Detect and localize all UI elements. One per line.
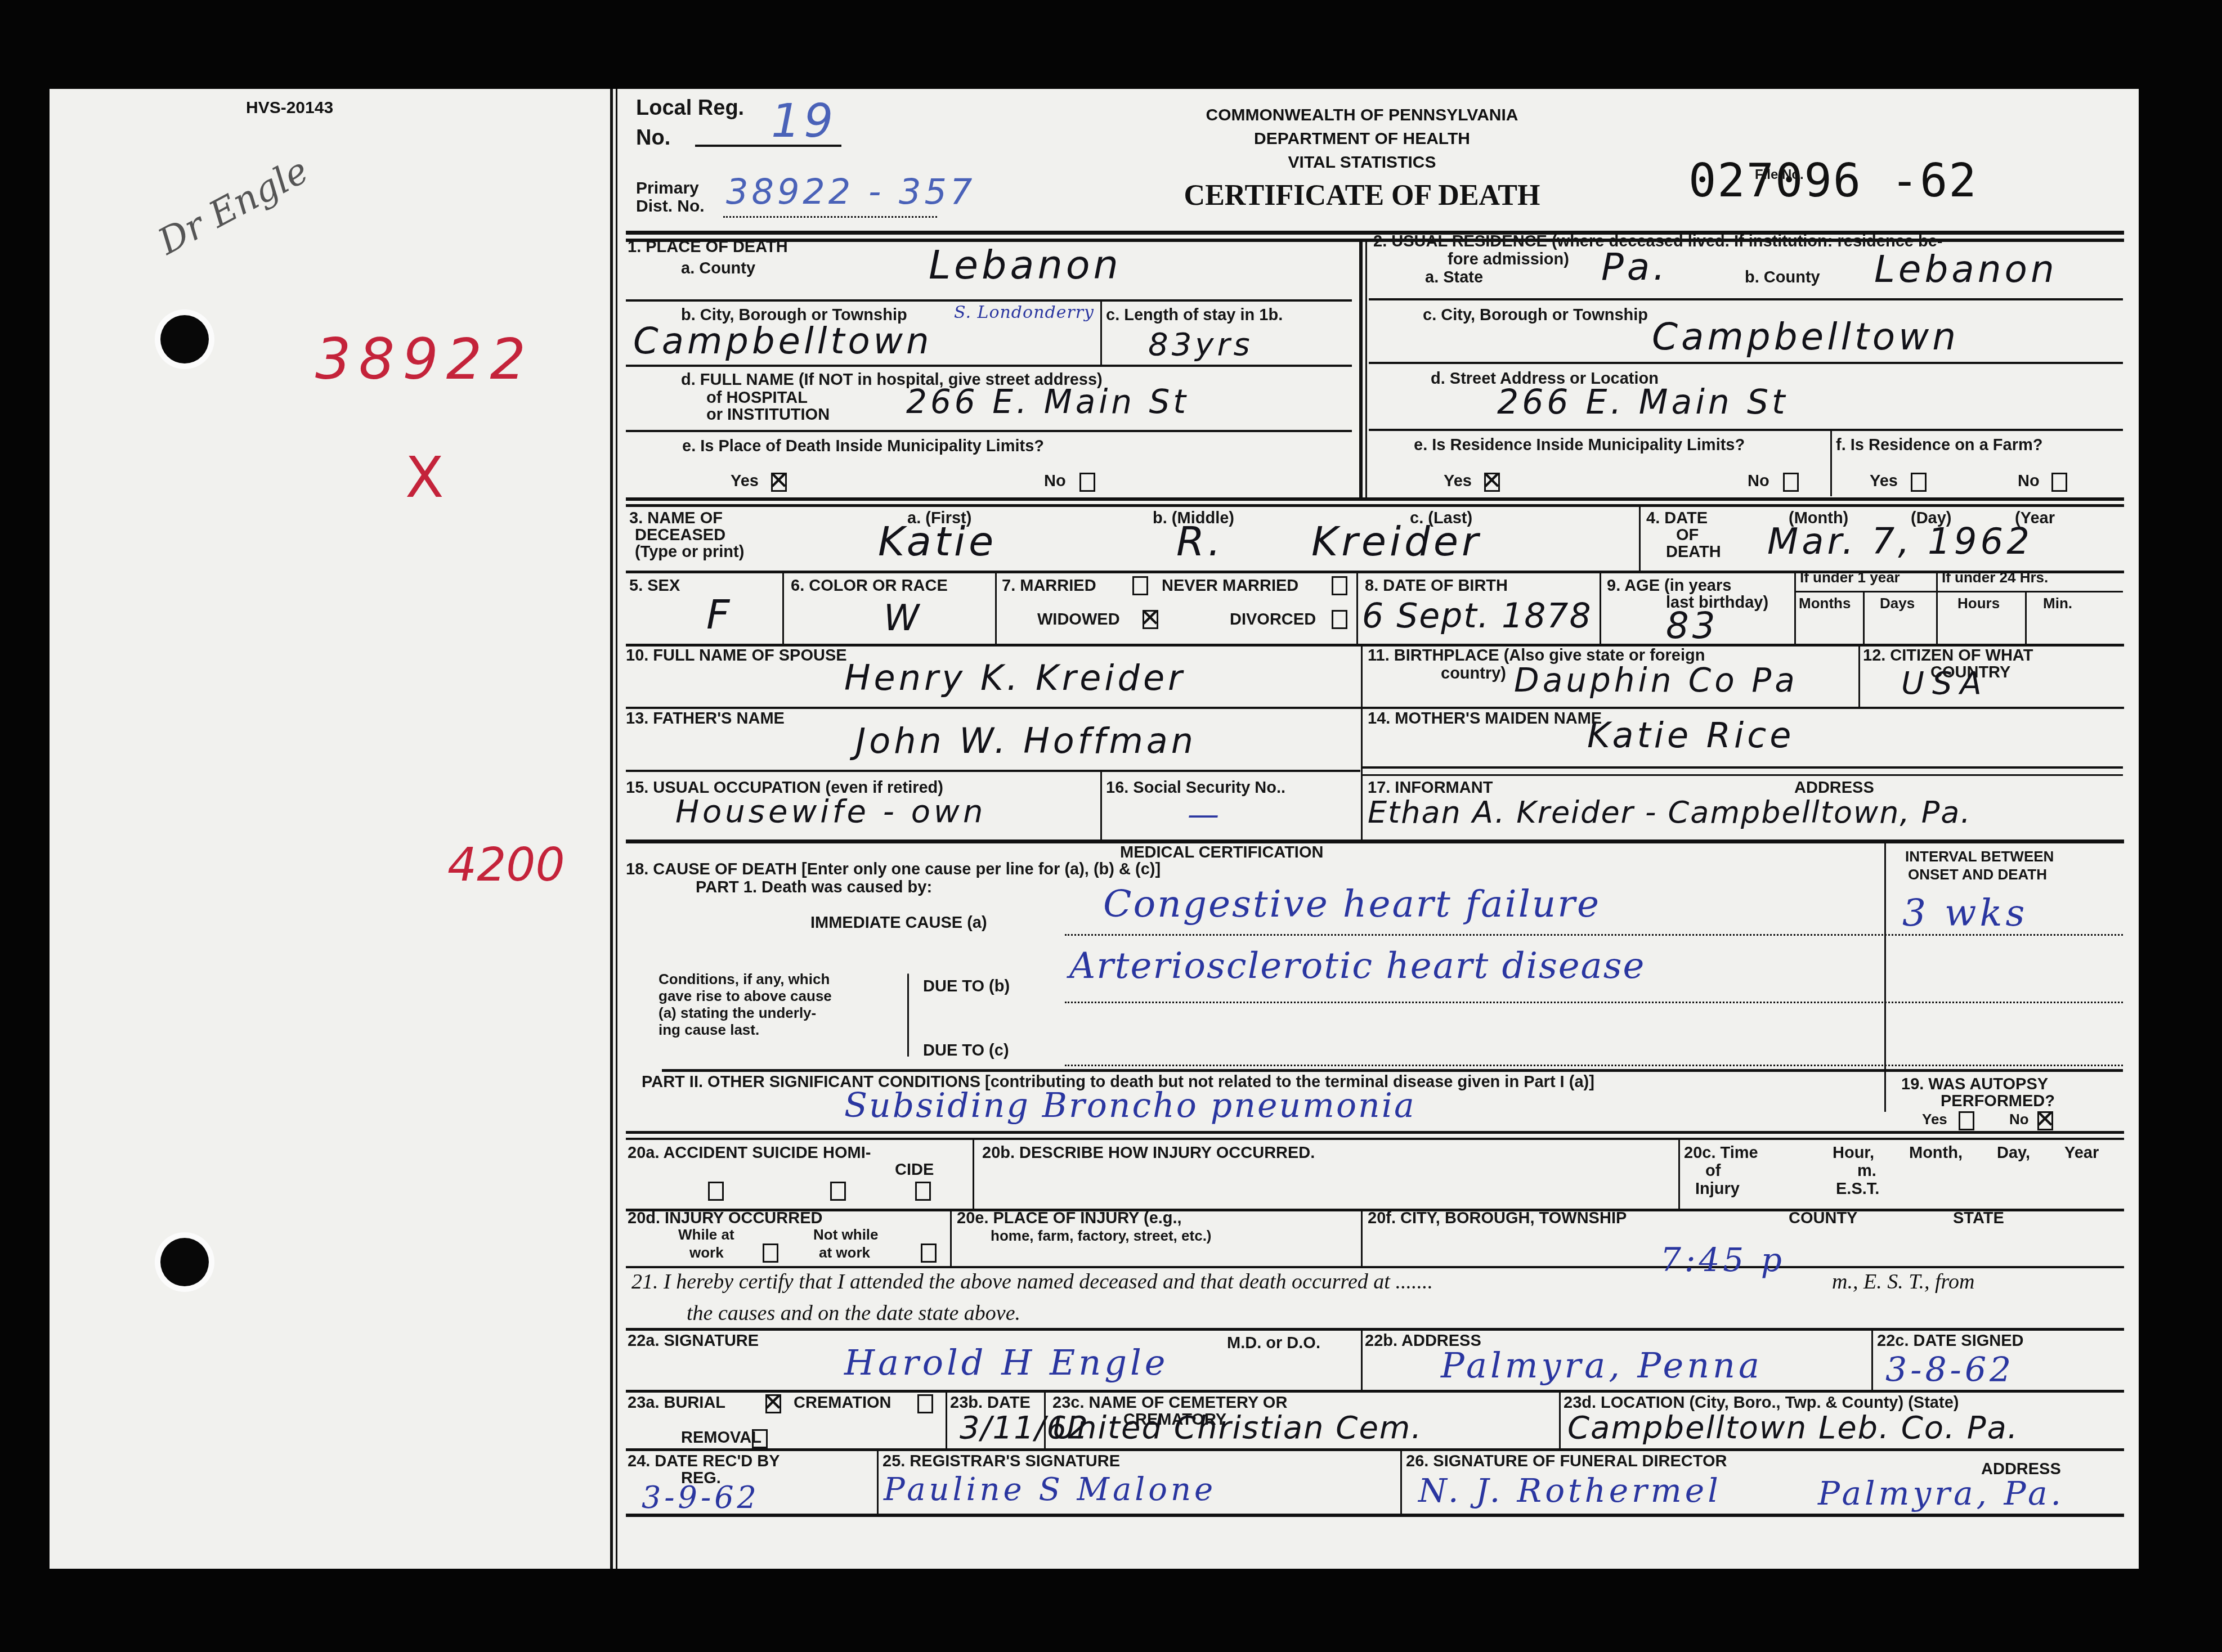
form-number: HVS-20143 xyxy=(246,98,333,118)
rule xyxy=(1794,572,1796,645)
injury-type-label: 20a. ACCIDENT SUICIDE HOMI- xyxy=(628,1144,871,1162)
form-left-rule-inner xyxy=(616,89,617,1569)
rule xyxy=(1559,1391,1561,1449)
injury-year-label: Year xyxy=(2064,1144,2099,1162)
last-name-value: Kreider xyxy=(1311,518,1482,565)
rule xyxy=(1830,430,1832,496)
rule xyxy=(973,1140,974,1210)
red-reference-number: 38922 xyxy=(315,326,534,392)
pod-limits-yes-checkbox[interactable] xyxy=(771,473,787,492)
rule xyxy=(626,299,1352,302)
pod-city-value: Campbelltown xyxy=(633,321,933,362)
not-while-at-work-label: Not while xyxy=(813,1227,879,1243)
pod-county-label: a. County xyxy=(681,260,755,278)
ur-farm-label: f. Is Residence on a Farm? xyxy=(1836,437,2042,455)
injury-day-label: Day, xyxy=(1997,1144,2030,1162)
race-value: W xyxy=(884,598,922,639)
hours-label: Hours xyxy=(1957,595,2000,612)
date-of-death-label-3: DEATH xyxy=(1666,544,1721,562)
local-reg-label: Local Reg. xyxy=(636,97,744,120)
due-to-b-value: Arteriosclerotic heart disease xyxy=(1069,945,1645,987)
rule xyxy=(626,1138,2124,1140)
funeral-director-label: 26. SIGNATURE OF FUNERAL DIRECTOR xyxy=(1406,1453,1727,1471)
pod-stay-value: 83yrs xyxy=(1148,326,1253,363)
deceased-name-label-2: DECEASED xyxy=(635,527,725,545)
ssn-value: — xyxy=(1188,796,1222,833)
usual-residence-label-2: fore admission) xyxy=(1448,251,1569,269)
age-value: 83 xyxy=(1666,605,1718,647)
ur-farm-no-label: No xyxy=(2018,473,2040,491)
sex-label: 5. SEX xyxy=(629,577,680,595)
date-of-death-value: Mar. 7, 1962 xyxy=(1767,521,2033,563)
rule xyxy=(626,365,1352,367)
local-reg-no: 19 xyxy=(771,95,836,148)
registrar-label: 25. REGISTRAR'S SIGNATURE xyxy=(882,1453,1120,1471)
rule xyxy=(626,1448,2124,1451)
rule xyxy=(1361,1210,1363,1267)
rule-heavy xyxy=(626,840,2124,843)
ur-limits-yes-checkbox[interactable] xyxy=(1484,473,1500,492)
rule xyxy=(1678,1140,1680,1210)
ur-limits-no-label: No xyxy=(1748,473,1769,491)
medical-certification-heading: MEDICAL CERTIFICATION xyxy=(1120,844,1323,862)
citizen-value: USA xyxy=(1901,665,1990,702)
certification-text-3: the causes and on the date state above. xyxy=(687,1301,1020,1326)
cemetery-location-value: Campbelltown Leb. Co. Pa. xyxy=(1567,1409,2019,1446)
rule xyxy=(626,430,1352,432)
md-do-label: M.D. or D.O. xyxy=(1227,1335,1320,1353)
interval-value: 3 wks xyxy=(1902,891,2028,935)
dob-label: 8. DATE OF BIRTH xyxy=(1365,577,1508,595)
rule xyxy=(1600,572,1601,645)
rule-dotted xyxy=(1065,1002,2123,1003)
rule-heavy xyxy=(626,497,2124,501)
rule xyxy=(1362,774,2123,776)
autopsy-label: 19. WAS AUTOPSY xyxy=(1901,1076,2048,1094)
injury-city-label: 20f. CITY, BOROUGH, TOWNSHIP xyxy=(1368,1210,1627,1228)
local-reg-no-label: No. xyxy=(636,127,670,150)
ur-city-label: c. City, Borough or Township xyxy=(1423,307,1648,325)
pod-hospital-label-2: of HOSPITAL xyxy=(706,389,808,407)
place-of-death-label: 1. PLACE OF DEATH xyxy=(628,239,788,257)
injury-occurred-label: 20d. INJURY OCCURRED xyxy=(628,1210,822,1228)
date-signed-label: 22c. DATE SIGNED xyxy=(1877,1332,2024,1350)
father-label: 13. FATHER'S NAME xyxy=(626,710,785,728)
birthplace-label-2: country) xyxy=(1441,665,1506,683)
injury-time-label-2: of xyxy=(1705,1162,1721,1180)
ur-limits-label: e. Is Residence Inside Municipality Limi… xyxy=(1414,437,1745,455)
married-label: 7. MARRIED xyxy=(1002,577,1096,595)
injury-type-label-2: CIDE xyxy=(895,1161,934,1179)
primary-dist-label: Primary xyxy=(636,179,699,197)
months-label: Months xyxy=(1799,595,1851,612)
cremation-checkbox[interactable] xyxy=(917,1394,933,1413)
interval-label: INTERVAL BETWEEN xyxy=(1905,849,2054,865)
autopsy-yes-label: Yes xyxy=(1922,1111,1947,1128)
rule xyxy=(1858,645,1860,708)
days-label: Days xyxy=(1880,595,1915,612)
first-name-value: Katie xyxy=(878,518,997,565)
primary-dist-underline xyxy=(723,216,937,218)
injury-est-label: E.S.T. xyxy=(1836,1180,1879,1198)
rule xyxy=(877,1449,879,1515)
ur-limits-yes-label: Yes xyxy=(1444,473,1472,491)
rule xyxy=(626,1390,2124,1393)
punch-hole-top xyxy=(160,315,209,363)
rule-heavy xyxy=(626,1514,2124,1517)
ur-farm-yes-label: Yes xyxy=(1870,473,1898,491)
ur-farm-no-checkbox[interactable] xyxy=(2051,473,2067,492)
physician-signature: Harold H Engle xyxy=(844,1342,1168,1383)
pod-county-value: Lebanon xyxy=(929,242,1122,288)
due-to-c-label: DUE TO (c) xyxy=(923,1042,1009,1060)
signature-label: 22a. SIGNATURE xyxy=(628,1332,759,1350)
rule xyxy=(1100,771,1102,842)
conditions-label-3: (a) stating the underly- xyxy=(658,1005,816,1021)
rule xyxy=(1863,591,1865,645)
rule xyxy=(1400,1449,1402,1515)
rule xyxy=(1100,300,1102,366)
funeral-director-signature: N. J. Rothermel xyxy=(1418,1471,1722,1510)
citizen-label: 12. CITIZEN OF WHAT xyxy=(1863,647,2033,665)
min-label: Min. xyxy=(2043,595,2072,612)
date-of-death-label: 4. DATE xyxy=(1646,510,1708,528)
rule xyxy=(626,1266,2124,1268)
rule xyxy=(1362,766,2123,769)
injury-time-label-3: Injury xyxy=(1695,1180,1740,1198)
rule xyxy=(1361,645,1363,842)
rule xyxy=(626,1131,2124,1134)
conditions-label: Conditions, if any, which xyxy=(658,971,830,987)
race-label: 6. COLOR OR RACE xyxy=(791,577,948,595)
rule xyxy=(1936,572,1938,645)
rule xyxy=(782,572,784,645)
rule xyxy=(626,707,2124,709)
removal-checkbox[interactable] xyxy=(752,1429,768,1448)
not-while-at-work-checkbox[interactable] xyxy=(921,1244,937,1263)
burial-label: 23a. BURIAL xyxy=(628,1394,725,1412)
file-number-stamp: 027096 -62 xyxy=(1688,154,1978,208)
immediate-cause-label: IMMEDIATE CAUSE (a) xyxy=(810,914,987,932)
informant-value: Ethan A. Kreider - Campbelltown, Pa. xyxy=(1368,794,1972,830)
suicide-checkbox[interactable] xyxy=(830,1182,846,1201)
autopsy-yes-checkbox[interactable] xyxy=(1959,1111,1974,1130)
ur-county-value: Lebanon xyxy=(1874,248,2058,291)
immediate-cause-value: Congestive heart failure xyxy=(1103,882,1601,926)
ur-farm-yes-checkbox[interactable] xyxy=(1911,473,1927,492)
homicide-checkbox[interactable] xyxy=(915,1182,931,1201)
divorced-label: DIVORCED xyxy=(1230,611,1316,629)
injury-month-label: Month, xyxy=(1909,1144,1963,1162)
autopsy-no-checkbox[interactable] xyxy=(2037,1111,2053,1130)
pod-stay-label: c. Length of stay in 1b. xyxy=(1106,307,1283,325)
injury-time-label: 20c. Time xyxy=(1684,1144,1758,1162)
time-of-death-value: 7:45 p xyxy=(1660,1241,1785,1279)
rule-heavy xyxy=(626,504,2124,507)
due-to-b-label: DUE TO (b) xyxy=(923,978,1010,996)
injury-state-label: STATE xyxy=(1953,1210,2004,1228)
brace xyxy=(907,973,909,1057)
certification-text: 21. I hereby certify that I attended the… xyxy=(631,1269,1433,1294)
date-recd-value: 3-9-62 xyxy=(642,1480,760,1515)
never-married-checkbox[interactable] xyxy=(1332,576,1347,595)
rule xyxy=(626,770,1360,772)
date-recd-label: 24. DATE REC'D BY xyxy=(628,1453,780,1471)
file-number-label: File No. xyxy=(1755,168,1804,182)
never-married-label: NEVER MARRIED xyxy=(1162,577,1298,595)
rule xyxy=(950,1210,952,1267)
widowed-label: WIDOWED xyxy=(1037,611,1120,629)
middle-name-value: R. xyxy=(1176,518,1224,565)
cause-of-death-label: 18. CAUSE OF DEATH [Enter only one cause… xyxy=(626,861,1161,879)
date-signed-value: 3-8-62 xyxy=(1885,1350,2014,1390)
rule-dotted xyxy=(1065,1065,2123,1066)
injury-place-label: 20e. PLACE OF INJURY (e.g., xyxy=(957,1210,1182,1228)
removal-label: REMOVAL xyxy=(681,1429,761,1447)
punch-hole-bottom xyxy=(160,1238,209,1286)
ur-state-value: Pa. xyxy=(1601,245,1668,289)
autopsy-no-label: No xyxy=(2009,1111,2029,1128)
injury-describe-label: 20b. DESCRIBE HOW INJURY OCCURRED. xyxy=(982,1144,1315,1162)
conditions-label-2: gave rise to above cause xyxy=(658,988,832,1004)
rule xyxy=(1361,1329,1363,1391)
rule xyxy=(1871,1329,1873,1391)
burial-checkbox[interactable] xyxy=(765,1394,781,1413)
injury-hour-label: Hour, xyxy=(1833,1144,1874,1162)
married-checkbox[interactable] xyxy=(1132,576,1148,595)
spouse-label: 10. FULL NAME OF SPOUSE xyxy=(626,647,847,665)
red-code-number: 4200 xyxy=(447,838,565,892)
physician-address-value: Palmyra, Penna xyxy=(1441,1345,1763,1386)
rule xyxy=(995,572,997,645)
certification-text-2: m., E. S. T., from xyxy=(1832,1269,1974,1294)
while-at-work-label: While at xyxy=(678,1227,734,1243)
injury-m-label: m. xyxy=(1857,1162,1876,1180)
occupation-value: Housewife - own xyxy=(675,793,986,830)
pod-city-annotation: S. Londonderry xyxy=(954,303,1094,322)
divorced-checkbox[interactable] xyxy=(1332,610,1347,629)
widowed-checkbox[interactable] xyxy=(1143,610,1158,629)
age-label: 9. AGE (in years xyxy=(1607,577,1731,595)
interval-label-2: ONSET AND DEATH xyxy=(1908,867,2047,883)
certificate-title: CERTIFICATE OF DEATH xyxy=(1126,179,1598,212)
rule xyxy=(2025,591,2027,645)
mother-value: Katie Rice xyxy=(1587,715,1794,756)
rule xyxy=(1369,298,2123,300)
pod-limits-yes-label: Yes xyxy=(731,473,759,491)
red-x-mark: X xyxy=(405,445,444,510)
pod-limits-no-label: No xyxy=(1044,473,1066,491)
rule xyxy=(662,1069,2123,1072)
mother-label: 14. MOTHER'S MAIDEN NAME xyxy=(1368,710,1602,728)
deceased-name-label-3: (Type or print) xyxy=(635,544,744,562)
section-divider-1-2-inner xyxy=(1365,242,1367,498)
part1-label: PART 1. Death was caused by: xyxy=(696,879,932,897)
injury-county-label: COUNTY xyxy=(1789,1210,1857,1228)
rule xyxy=(1356,572,1358,645)
form-left-rule xyxy=(610,89,613,1569)
part2-value: Subsiding Broncho pneumonia xyxy=(844,1086,1416,1125)
ur-limits-no-checkbox[interactable] xyxy=(1783,473,1799,492)
cremation-label: CREMATION xyxy=(794,1394,891,1412)
header-department: DEPARTMENT OF HEALTH xyxy=(1126,129,1598,149)
header-vital-statistics: VITAL STATISTICS xyxy=(1126,153,1598,172)
funeral-director-address: Palmyra, Pa. xyxy=(1818,1474,2064,1512)
rule xyxy=(1044,1391,1046,1449)
birthplace-value: Dauphin Co Pa xyxy=(1514,661,1798,699)
ssn-label: 16. Social Security No.. xyxy=(1106,779,1285,797)
pod-hospital-value: 266 E. Main St xyxy=(906,383,1189,421)
cemetery-value: United Christian Cem. xyxy=(1052,1409,1422,1446)
registrar-signature: Pauline S Malone xyxy=(884,1471,1216,1508)
primary-dist-no-label: Dist. No. xyxy=(636,197,705,216)
while-at-work-checkbox[interactable] xyxy=(763,1244,778,1263)
rule xyxy=(1794,591,2123,592)
conditions-label-4: ing cause last. xyxy=(658,1022,759,1038)
accident-checkbox[interactable] xyxy=(708,1182,724,1201)
sex-value: F xyxy=(706,591,733,638)
section-divider-1-2 xyxy=(1359,242,1363,498)
rule xyxy=(1639,506,1641,572)
primary-dist-no: 38922 - 357 xyxy=(726,171,975,212)
ur-state-label: a. State xyxy=(1425,269,1483,287)
under-24-hrs-label: If under 24 Hrs. xyxy=(1942,569,2048,586)
rule-dotted xyxy=(1065,934,2123,936)
not-while-at-work-label-2: at work xyxy=(819,1245,870,1261)
ur-street-value: 266 E. Main St xyxy=(1497,383,1789,422)
under-1-year-label: If under 1 year xyxy=(1800,569,1900,586)
rule xyxy=(626,1328,2124,1331)
header-commonwealth: COMMONWEALTH OF PENNSYLVANIA xyxy=(1126,106,1598,125)
pod-limits-no-checkbox[interactable] xyxy=(1079,473,1095,492)
pod-limits-label: e. Is Place of Death Inside Municipality… xyxy=(682,438,1044,456)
while-at-work-label-2: work xyxy=(689,1245,724,1261)
date-of-death-label-2: OF xyxy=(1676,527,1699,545)
rule xyxy=(946,1391,947,1449)
spouse-value: Henry K. Kreider xyxy=(844,657,1186,698)
rule xyxy=(1369,429,2123,431)
pod-hospital-label-3: or INSTITUTION xyxy=(706,406,830,424)
rule xyxy=(1369,362,2123,364)
ur-city-value: Campbelltown xyxy=(1652,315,1959,358)
father-value: John W. Hoffman xyxy=(855,720,1197,761)
ur-county-label: b. County xyxy=(1745,269,1820,287)
dob-value: 6 Sept. 1878 xyxy=(1362,596,1592,636)
injury-place-label-2: home, farm, factory, street, etc.) xyxy=(991,1228,1212,1244)
deceased-name-label: 3. NAME OF xyxy=(629,510,723,528)
